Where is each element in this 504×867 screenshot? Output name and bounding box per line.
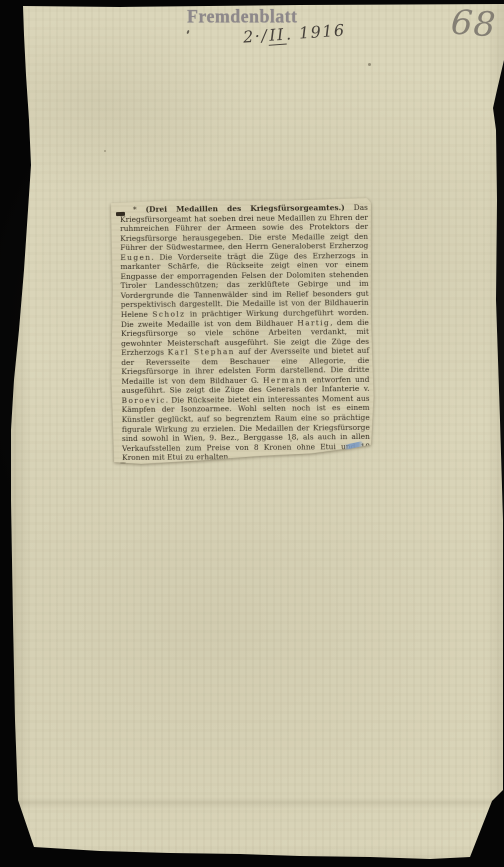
pencil-smudge [120,462,126,464]
date-month-roman: II [268,25,287,46]
clipping-segment: Hermann [263,375,308,384]
paper-speck [368,63,371,66]
clipping-segment: Eugen [120,253,151,262]
clipping-segment: Scholz [152,310,185,319]
handwritten-page-number: 68 [450,2,498,45]
paper-speck [290,440,292,442]
paper-speck [104,150,106,152]
paper-sheet: Fremdenblatt 2·/II. 1916 68 * (Drei Meda… [0,0,504,867]
clipping-segment: Hartig [297,318,330,327]
newspaper-clipping: * (Drei Medaillen des Kriegsfürsorgeamte… [109,197,375,465]
archivist-dash-mark [116,212,125,216]
clipping-segment: Karl Stephan [168,347,235,357]
scanned-archive-page: Fremdenblatt 2·/II. 1916 68 * (Drei Meda… [0,0,504,867]
date-year: . 1916 [285,20,346,43]
date-day: 2·/ [242,26,268,47]
clipping-text: * (Drei Medaillen des Kriegsfürsorgeamte… [109,197,375,465]
paper-crease [14,797,494,809]
clipping-segment: Boroevic [122,396,166,405]
clipping-paper: * (Drei Medaillen des Kriegsfürsorgeamte… [109,197,375,465]
ink-speck [186,30,189,34]
clipping-segment: * [133,205,146,214]
